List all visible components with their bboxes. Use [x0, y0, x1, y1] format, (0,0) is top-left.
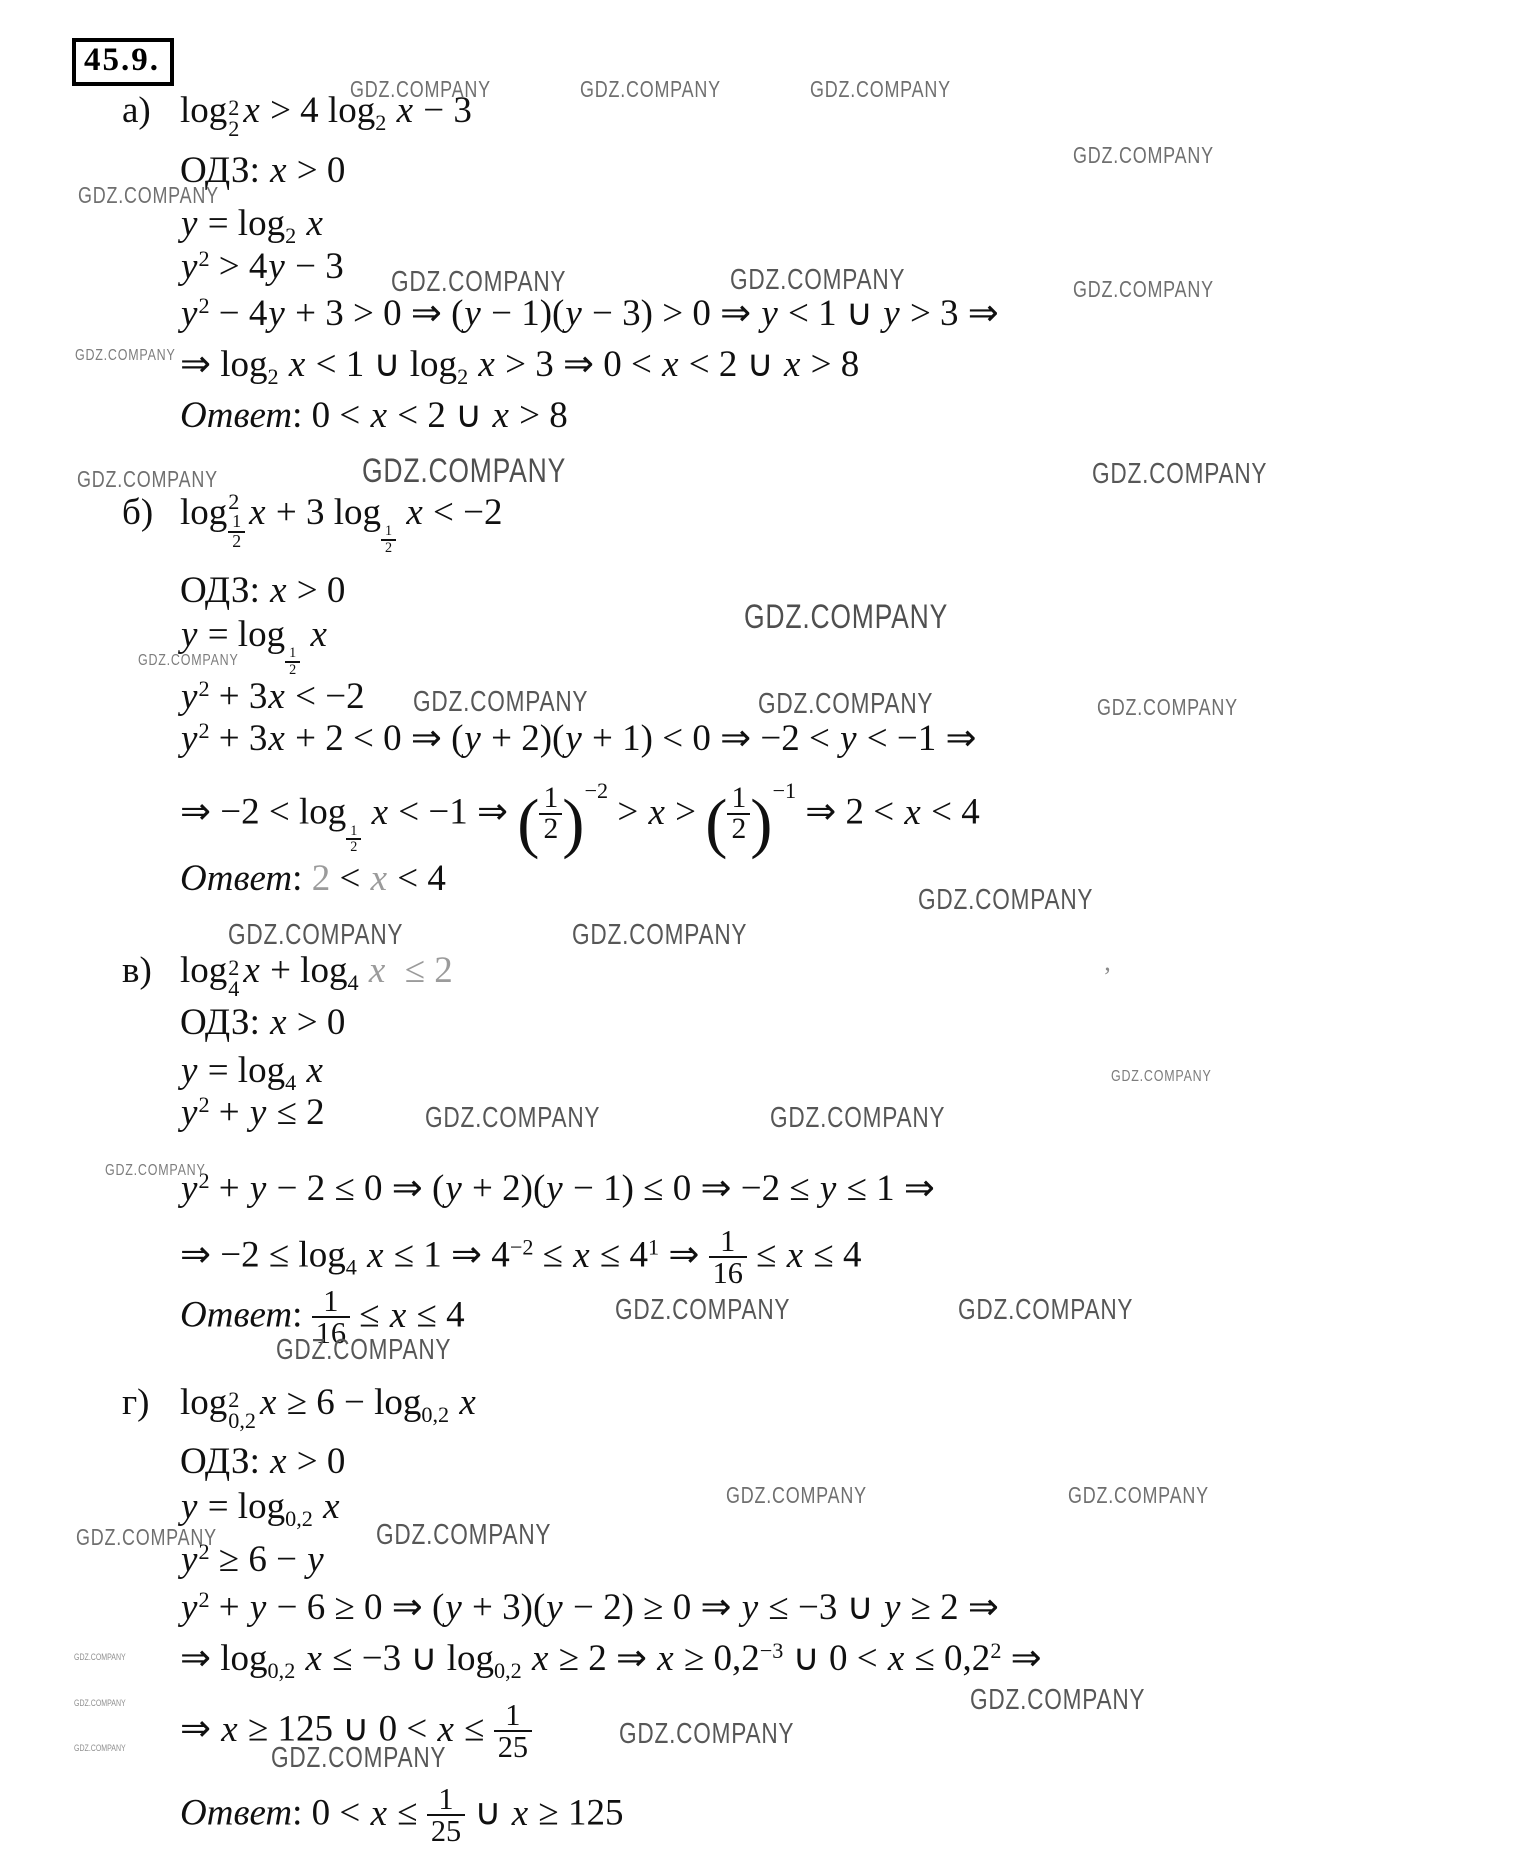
watermark: GDZ.COMPANY [1111, 1068, 1212, 1086]
watermark: GDZ.COMPANY [362, 452, 566, 491]
equation-line: y2 − 4y + 3 > 0 ⇒ (y − 1)(y − 3) > 0 ⇒ y… [180, 293, 999, 336]
equation-line: y2 + 3x + 2 < 0 ⇒ (y + 2)(y + 1) < 0 ⇒ −… [180, 718, 977, 761]
watermark: GDZ.COMPANY [580, 76, 721, 103]
watermark: GDZ.COMPANY [958, 1294, 1133, 1327]
stray-scan-mark: ’ [1103, 962, 1112, 992]
part-label: а) [122, 90, 151, 133]
equation-line: ⇒ −2 ≤ log4 x ≤ 1 ⇒ 4−2 ≤ x ≤ 41 ⇒ 116 ≤… [180, 1226, 861, 1289]
equation-line: ОДЗ: x > 0 [180, 1002, 345, 1045]
watermark: GDZ.COMPANY [77, 466, 218, 493]
part-label: б) [122, 492, 153, 535]
watermark: GDZ.COMPANY [138, 652, 239, 670]
part-label: в) [122, 950, 152, 993]
watermark: GDZ.COMPANY [74, 1743, 126, 1753]
watermark: GDZ.COMPANY [228, 919, 403, 952]
watermark: GDZ.COMPANY [75, 347, 176, 365]
equation-line: y2 + 3x < −2 [180, 676, 365, 719]
equation-line: y2 > 4y − 3 [180, 246, 344, 289]
watermark: GDZ.COMPANY [726, 1482, 867, 1509]
watermark: GDZ.COMPANY [1097, 694, 1238, 721]
equation-line: ⇒ −2 < log12 x < −1 ⇒ (12)−2 > x > (12)−… [180, 778, 980, 862]
problem-number-box: 45.9. [72, 38, 174, 86]
watermark: GDZ.COMPANY [810, 76, 951, 103]
equation-line: в)log24x + log4 x ≤ 2 [180, 950, 453, 999]
watermark: GDZ.COMPANY [76, 1524, 217, 1551]
equation-line: ОДЗ: x > 0 [180, 1441, 345, 1484]
watermark: GDZ.COMPANY [425, 1102, 600, 1135]
solution-page: 45.9. а)log22x > 4 log2 x − 3 ОДЗ: x > 0… [0, 0, 1532, 1872]
watermark: GDZ.COMPANY [276, 1334, 451, 1367]
equation-line: y2 + y ≤ 2 [180, 1092, 325, 1135]
watermark: GDZ.COMPANY [391, 266, 566, 299]
watermark: GDZ.COMPANY [74, 1698, 126, 1708]
watermark: GDZ.COMPANY [74, 1652, 126, 1662]
watermark: GDZ.COMPANY [758, 688, 933, 721]
watermark: GDZ.COMPANY [350, 76, 491, 103]
equation-line: ОДЗ: x > 0 [180, 570, 345, 613]
answer-line: Ответ: 0 < x ≤ 125 ∪ x ≥ 125 [180, 1784, 623, 1847]
watermark: GDZ.COMPANY [376, 1519, 551, 1552]
watermark: GDZ.COMPANY [730, 264, 905, 297]
equation-line: г)log20,2x ≥ 6 − log0,2 x [180, 1382, 477, 1431]
equation: log212x + 3 log12 x < −2 [180, 492, 503, 533]
answer-line: Ответ: 0 < x < 2 ∪ x > 8 [180, 395, 568, 438]
equation-line: ⇒ log0,2 x ≤ −3 ∪ log0,2 x ≥ 2 ⇒ x ≥ 0,2… [180, 1638, 1042, 1684]
equation-line: ⇒ log2 x < 1 ∪ log2 x > 3 ⇒ 0 < x < 2 ∪ … [180, 344, 859, 389]
equation: log20,2x ≥ 6 − log0,2 x [180, 1382, 477, 1423]
watermark: GDZ.COMPANY [918, 884, 1093, 917]
watermark: GDZ.COMPANY [78, 182, 219, 209]
watermark: GDZ.COMPANY [615, 1294, 790, 1327]
watermark: GDZ.COMPANY [619, 1718, 794, 1751]
watermark: GDZ.COMPANY [413, 686, 588, 719]
equation-line: y2 + y − 2 ≤ 0 ⇒ (y + 2)(y − 1) ≤ 0 ⇒ −2… [180, 1168, 935, 1211]
part-label: г) [122, 1382, 150, 1425]
watermark: GDZ.COMPANY [271, 1742, 446, 1775]
watermark: GDZ.COMPANY [970, 1684, 1145, 1717]
equation-line: y2 + y − 6 ≥ 0 ⇒ (y + 3)(y − 2) ≥ 0 ⇒ y … [180, 1587, 999, 1630]
watermark: GDZ.COMPANY [770, 1102, 945, 1135]
equation-line: y = log4 x [180, 1050, 324, 1095]
watermark: GDZ.COMPANY [744, 598, 948, 637]
watermark: GDZ.COMPANY [1092, 458, 1267, 491]
equation: log24x + log4 x ≤ 2 [180, 950, 453, 991]
equation-line: y = log2 x [180, 203, 324, 248]
watermark: GDZ.COMPANY [1073, 276, 1214, 303]
equation-line: б)log212x + 3 log12 x < −2 [180, 492, 503, 555]
watermark: GDZ.COMPANY [1068, 1482, 1209, 1509]
answer-line: Ответ: 2 < x < 4 [180, 858, 446, 901]
watermark: GDZ.COMPANY [572, 919, 747, 952]
watermark: GDZ.COMPANY [1073, 142, 1214, 169]
watermark: GDZ.COMPANY [105, 1162, 206, 1180]
